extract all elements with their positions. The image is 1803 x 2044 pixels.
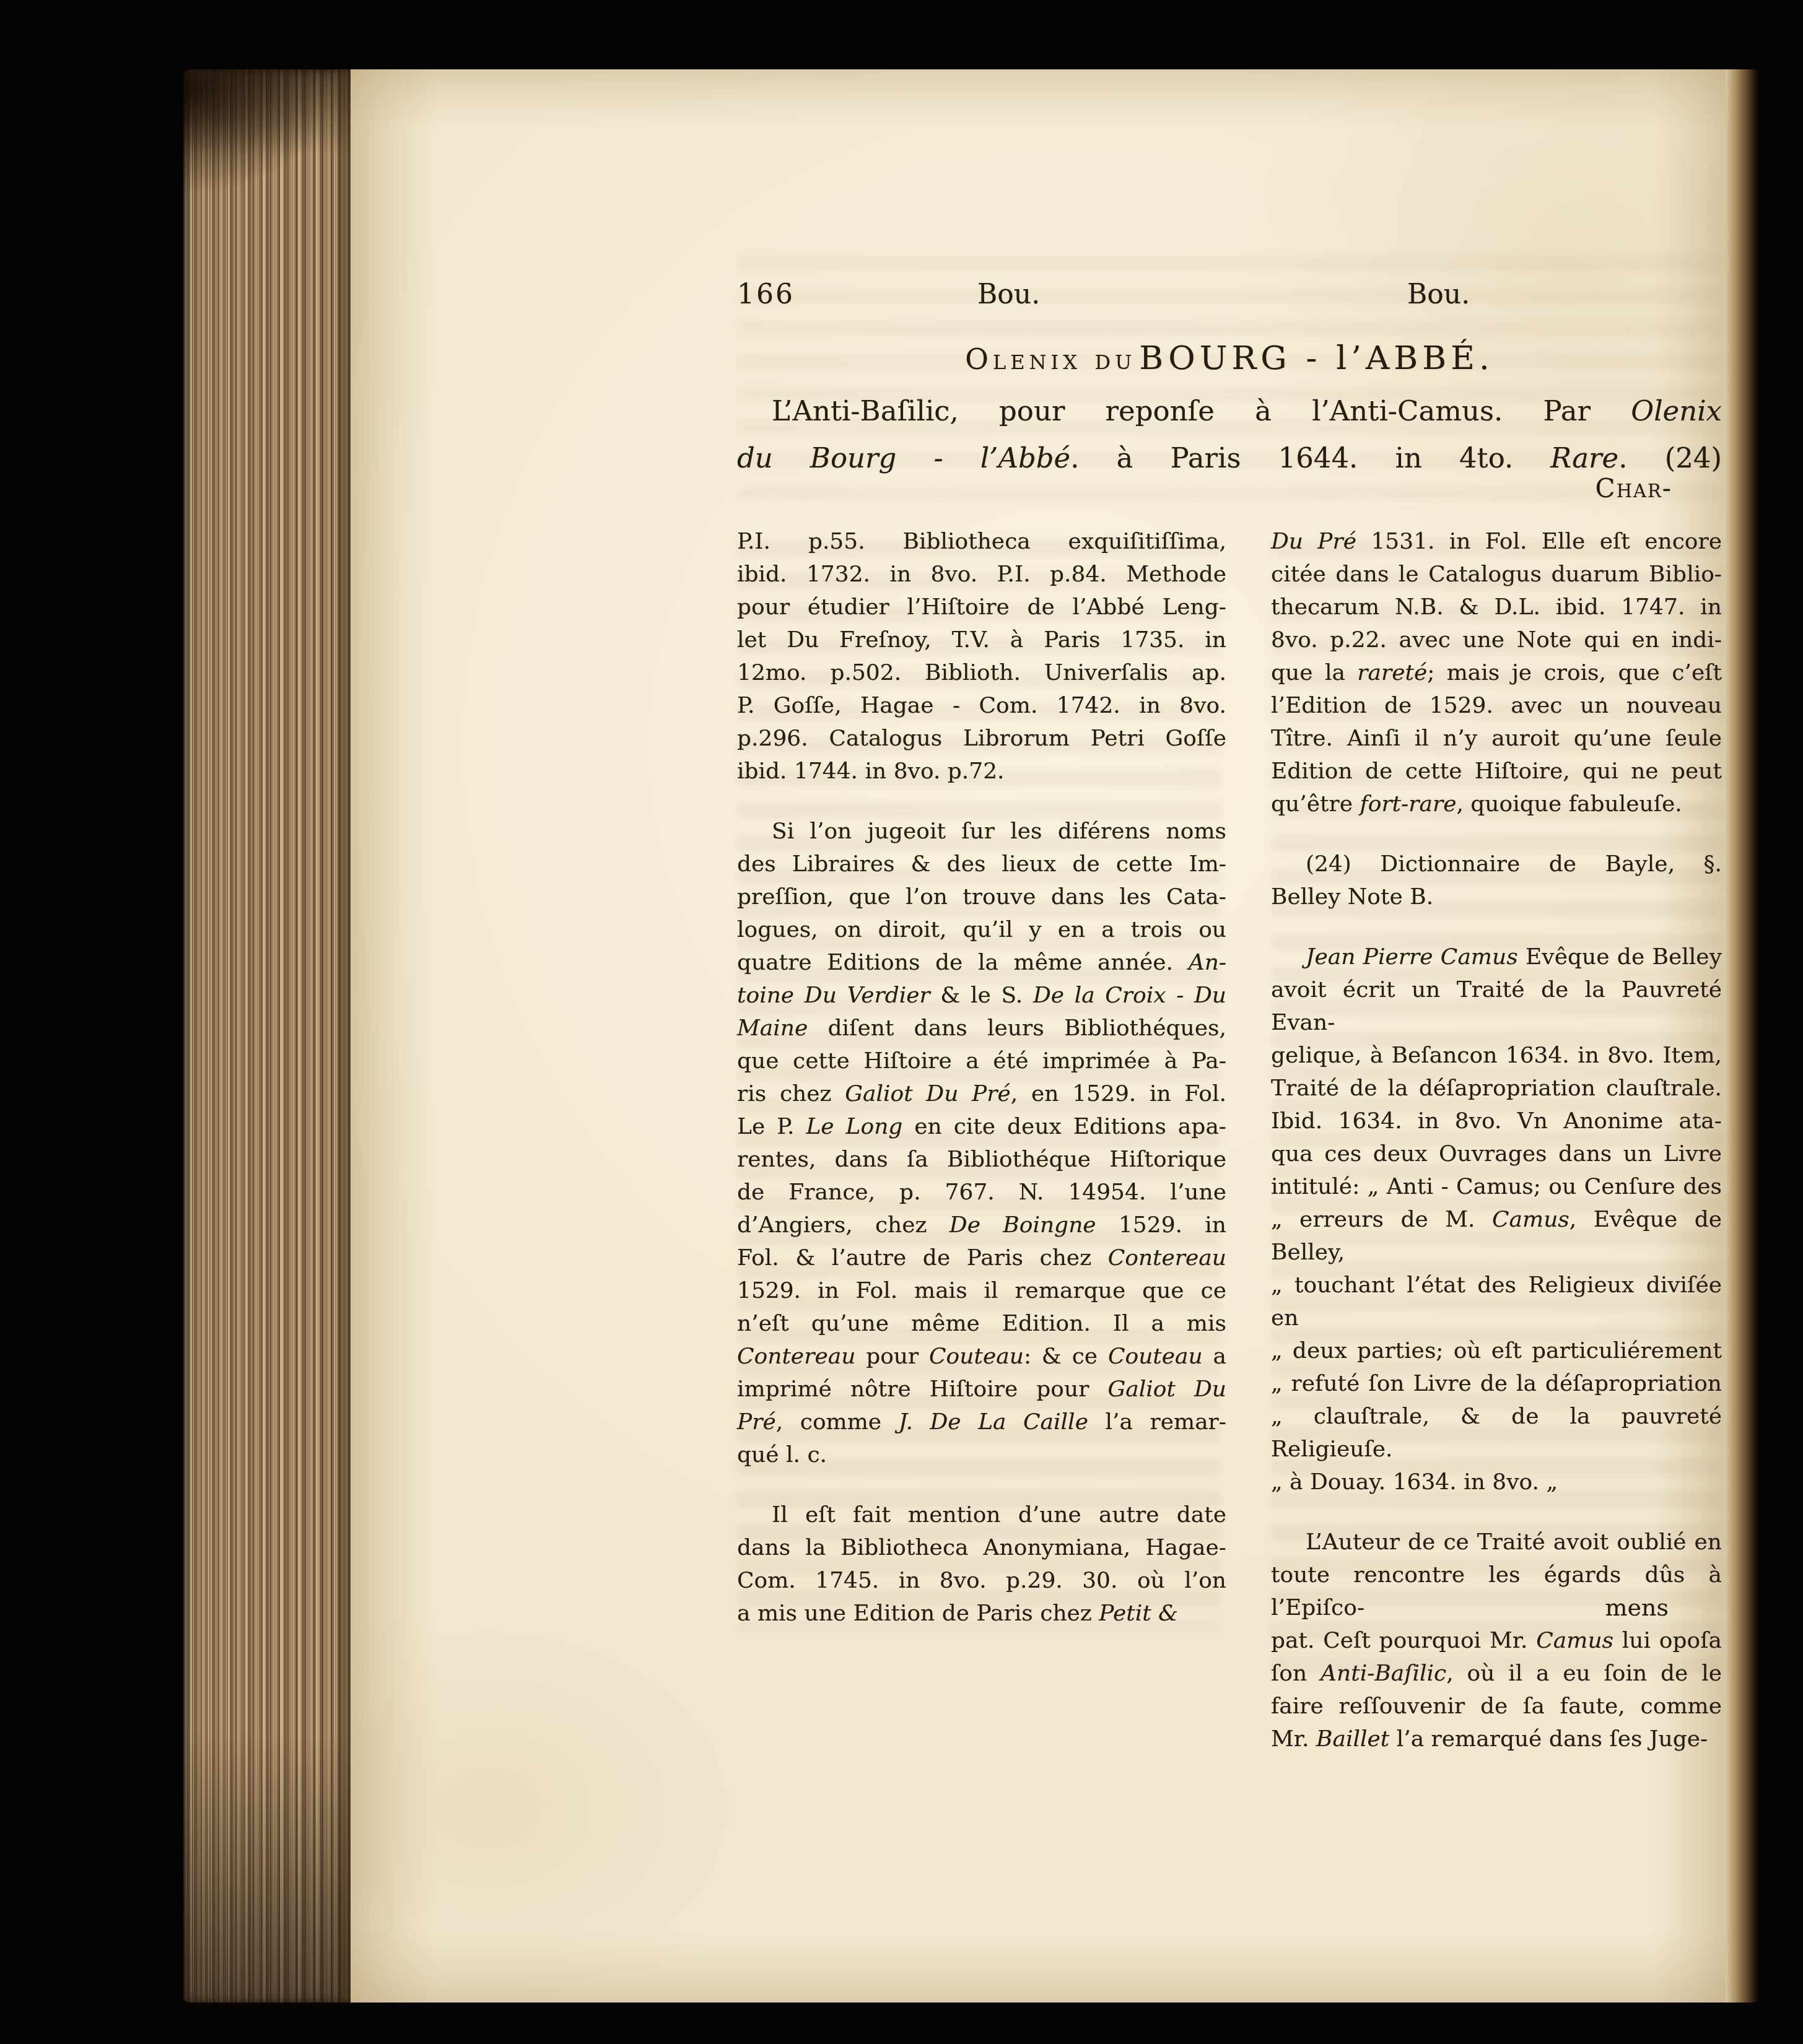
text-line: Ibid. 1634. in 8vo. Vn Anonime ata- <box>1271 1105 1722 1137</box>
text-line: Mr. Baillet l’a remarqué dans ſes Juge- <box>1271 1723 1722 1755</box>
text-line: Du Pré 1531. in Fol. Elle eſt encore <box>1271 525 1722 558</box>
photo-canvas: 166 Bou. Bou. Olenix du BOURG - l’ABBÉ. … <box>0 0 1803 2044</box>
paragraph: (24) Dictionnaire de Bayle, §.Belley Not… <box>1271 848 1722 913</box>
paragraph: Jean Pierre Camus Evêque de Belleyavoit … <box>1271 941 1722 1498</box>
text-line: pat. Ceſt pourquoi Mr. Camus lui opoſa <box>1271 1624 1722 1657</box>
text-line: ibid. 1732. in 8vo. P.I. p.84. Methode <box>737 558 1226 591</box>
text-line: L’Anti-Baſilic, pour reponſe à l’Anti-Ca… <box>737 388 1722 435</box>
text-line: des Libraires & des lieux de cette Im- <box>737 848 1226 881</box>
entry-title-name: Olenix du <box>965 342 1136 376</box>
text-line: 1529. in Fol. mais il remarque que ce <box>737 1274 1226 1307</box>
text-line: d’Angiers, chez De Boingne 1529. in <box>737 1209 1226 1242</box>
text-line: L’Auteur de ce Traité avoit oublié en <box>1271 1526 1722 1559</box>
text-line: (24) Dictionnaire de Bayle, §. <box>1271 848 1722 881</box>
text-line: de France, p. 767. N. 14954. l’une <box>737 1176 1226 1209</box>
text-line: Edition de cette Hiſtoire, qui ne peut <box>1271 755 1722 788</box>
text-line: que cette Hiſtoire a été imprimée à Pa- <box>737 1045 1226 1077</box>
text-line: ibid. 1744. in 8vo. p.72. <box>737 755 1226 788</box>
text-line: Contereau pour Couteau: & ce Couteau a <box>737 1340 1226 1373</box>
text-line: faire reſſouvenir de ſa faute, comme <box>1271 1690 1722 1723</box>
text-line: „ clauſtrale, & de la pauvreté Religieuſ… <box>1271 1400 1722 1466</box>
text-line: intitulé: „ Anti - Camus; ou Cenſure des <box>1271 1170 1722 1203</box>
text-line: imprimé nôtre Hiſtoire pour Galiot Du <box>737 1373 1226 1406</box>
text-line: avoit écrit un Traité de la Pauvreté Eva… <box>1271 973 1722 1039</box>
text-line: Belley Note B. <box>1271 881 1722 913</box>
running-head-right: Bou. <box>1407 279 1470 310</box>
text-line: Maine diſent dans leurs Bibliothéques, <box>737 1012 1226 1045</box>
paragraph: L’Auteur de ce Traité avoit oublié entou… <box>1271 1526 1722 1755</box>
text-line: „ refuté ſon Livre de la déſapropriation <box>1271 1367 1722 1400</box>
text-line: citée dans le Catalogus duarum Biblio- <box>1271 558 1722 591</box>
text-line: du Bourg - l’Abbé. à Paris 1644. in 4to.… <box>737 435 1722 482</box>
text-line: ſon Anti-Baſilic, où il a eu ſoin de le <box>1271 1657 1722 1690</box>
text-line: preſſion, que l’on trouve dans les Cata- <box>737 881 1226 913</box>
entry-title-caps: BOURG - l’ABBÉ. <box>1139 339 1493 377</box>
text-line: rentes, dans ſa Bibliothéque Hiſtorique <box>737 1143 1226 1176</box>
text-line: P.I. p.55. Bibliotheca exquiſitiſſima, <box>737 525 1226 558</box>
running-head-left: Bou. <box>977 279 1040 310</box>
text-line: qué l. c. <box>737 1438 1226 1471</box>
text-line: „ touchant l’état des Religieux diviſée … <box>1271 1269 1722 1334</box>
text-line: 12mo. p.502. Biblioth. Univerſalis ap. <box>737 656 1226 689</box>
text-line: 8vo. p.22. avec une Note qui en indi- <box>1271 624 1722 656</box>
text-line: Pré, comme J. De La Caille l’a remar- <box>737 1406 1226 1438</box>
text-line: „ erreurs de M. Camus, Evêque de Belley, <box>1271 1203 1722 1269</box>
column-left: P.I. p.55. Bibliotheca exquiſitiſſima,ib… <box>737 525 1226 1783</box>
text-line: „ deux parties; où eſt particuliérement <box>1271 1334 1722 1367</box>
running-head: 166 Bou. Bou. <box>737 279 1722 316</box>
text-line: gelique, à Beſancon 1634. in 8vo. Item, <box>1271 1039 1722 1072</box>
paragraph: Du Pré 1531. in Fol. Elle eſt encorecité… <box>1271 525 1722 820</box>
book: 166 Bou. Bou. Olenix du BOURG - l’ABBÉ. … <box>183 69 1760 2003</box>
paragraph: Il eſt fait mention d’une autre datedans… <box>737 1498 1226 1630</box>
entry-heading-paragraph: L’Anti-Baſilic, pour reponſe à l’Anti-Ca… <box>737 388 1722 509</box>
text-line: P. Goſſe, Hagae - Com. 1742. in 8vo. <box>737 689 1226 722</box>
entry-title: Olenix du BOURG - l’ABBÉ. <box>737 339 1722 377</box>
text-line: qu’être fort-rare, quoique fabuleuſe. <box>1271 788 1722 820</box>
catchword-page-bottom: mens <box>1605 1594 1669 1621</box>
text-line: Com. 1745. in 8vo. p.29. 30. où l’on <box>737 1564 1226 1597</box>
text-line: „ à Douay. 1634. in 8vo. „ <box>1271 1466 1722 1498</box>
text-line: l’Edition de 1529. avec un nouveau <box>1271 689 1722 722</box>
paragraph: P.I. p.55. Bibliotheca exquiſitiſſima,ib… <box>737 525 1226 788</box>
text-line: let Du Freſnoy, T.V. à Paris 1735. in <box>737 624 1226 656</box>
text-line: Le P. Le Long en cite deux Editions apa- <box>737 1110 1226 1143</box>
book-page: 166 Bou. Bou. Olenix du BOURG - l’ABBÉ. … <box>351 69 1726 2003</box>
text-line: Fol. & l’autre de Paris chez Contereau <box>737 1242 1226 1274</box>
text-line: Si l’on jugeoit ſur les diférens noms <box>737 815 1226 848</box>
text-line: Traité de la déſapropriation clauſtrale. <box>1271 1072 1722 1105</box>
text-line: p.296. Catalogus Librorum Petri Goſſe <box>737 722 1226 755</box>
page-fore-edge <box>1726 69 1760 2003</box>
text-line: Tître. Ainſi il n’y auroit qu’une ſeule <box>1271 722 1722 755</box>
text-line: Jean Pierre Camus Evêque de Belley <box>1271 941 1722 973</box>
page-stack-edge <box>183 69 351 2003</box>
text-line: toine Du Verdier & le S. De la Croix - D… <box>737 979 1226 1012</box>
text-line: thecarum N.B. & D.L. ibid. 1747. in <box>1271 591 1722 624</box>
text-line: a mis une Edition de Paris chez Petit & <box>737 1597 1226 1630</box>
catchword-intro: Char- <box>1596 473 1672 503</box>
page-number: 166 <box>737 279 795 310</box>
text-line: dans la Bibliotheca Anonymiana, Hagae- <box>737 1531 1226 1564</box>
text-line: n’eſt qu’une même Edition. Il a mis <box>737 1307 1226 1340</box>
paragraph: Si l’on jugeoit ſur les diférens nomsdes… <box>737 815 1226 1471</box>
text-line: ris chez Galiot Du Pré, en 1529. in Fol. <box>737 1077 1226 1110</box>
text-line: quatre Editions de la même année. An- <box>737 946 1226 979</box>
two-column-text: P.I. p.55. Bibliotheca exquiſitiſſima,ib… <box>737 525 1722 1783</box>
text-line: que la rareté; mais je crois, que c’eſt <box>1271 656 1722 689</box>
text-line: Il eſt fait mention d’une autre date <box>737 1498 1226 1531</box>
text-line: logues, on diroit, qu’il y en a trois ou <box>737 913 1226 946</box>
text-line: qua ces deux Ouvrages dans un Livre <box>1271 1137 1722 1170</box>
paragraph: L’Anti-Baſilic, pour reponſe à l’Anti-Ca… <box>737 388 1722 482</box>
text-line: pour étudier l’Hiſtoire de l’Abbé Leng- <box>737 591 1226 624</box>
